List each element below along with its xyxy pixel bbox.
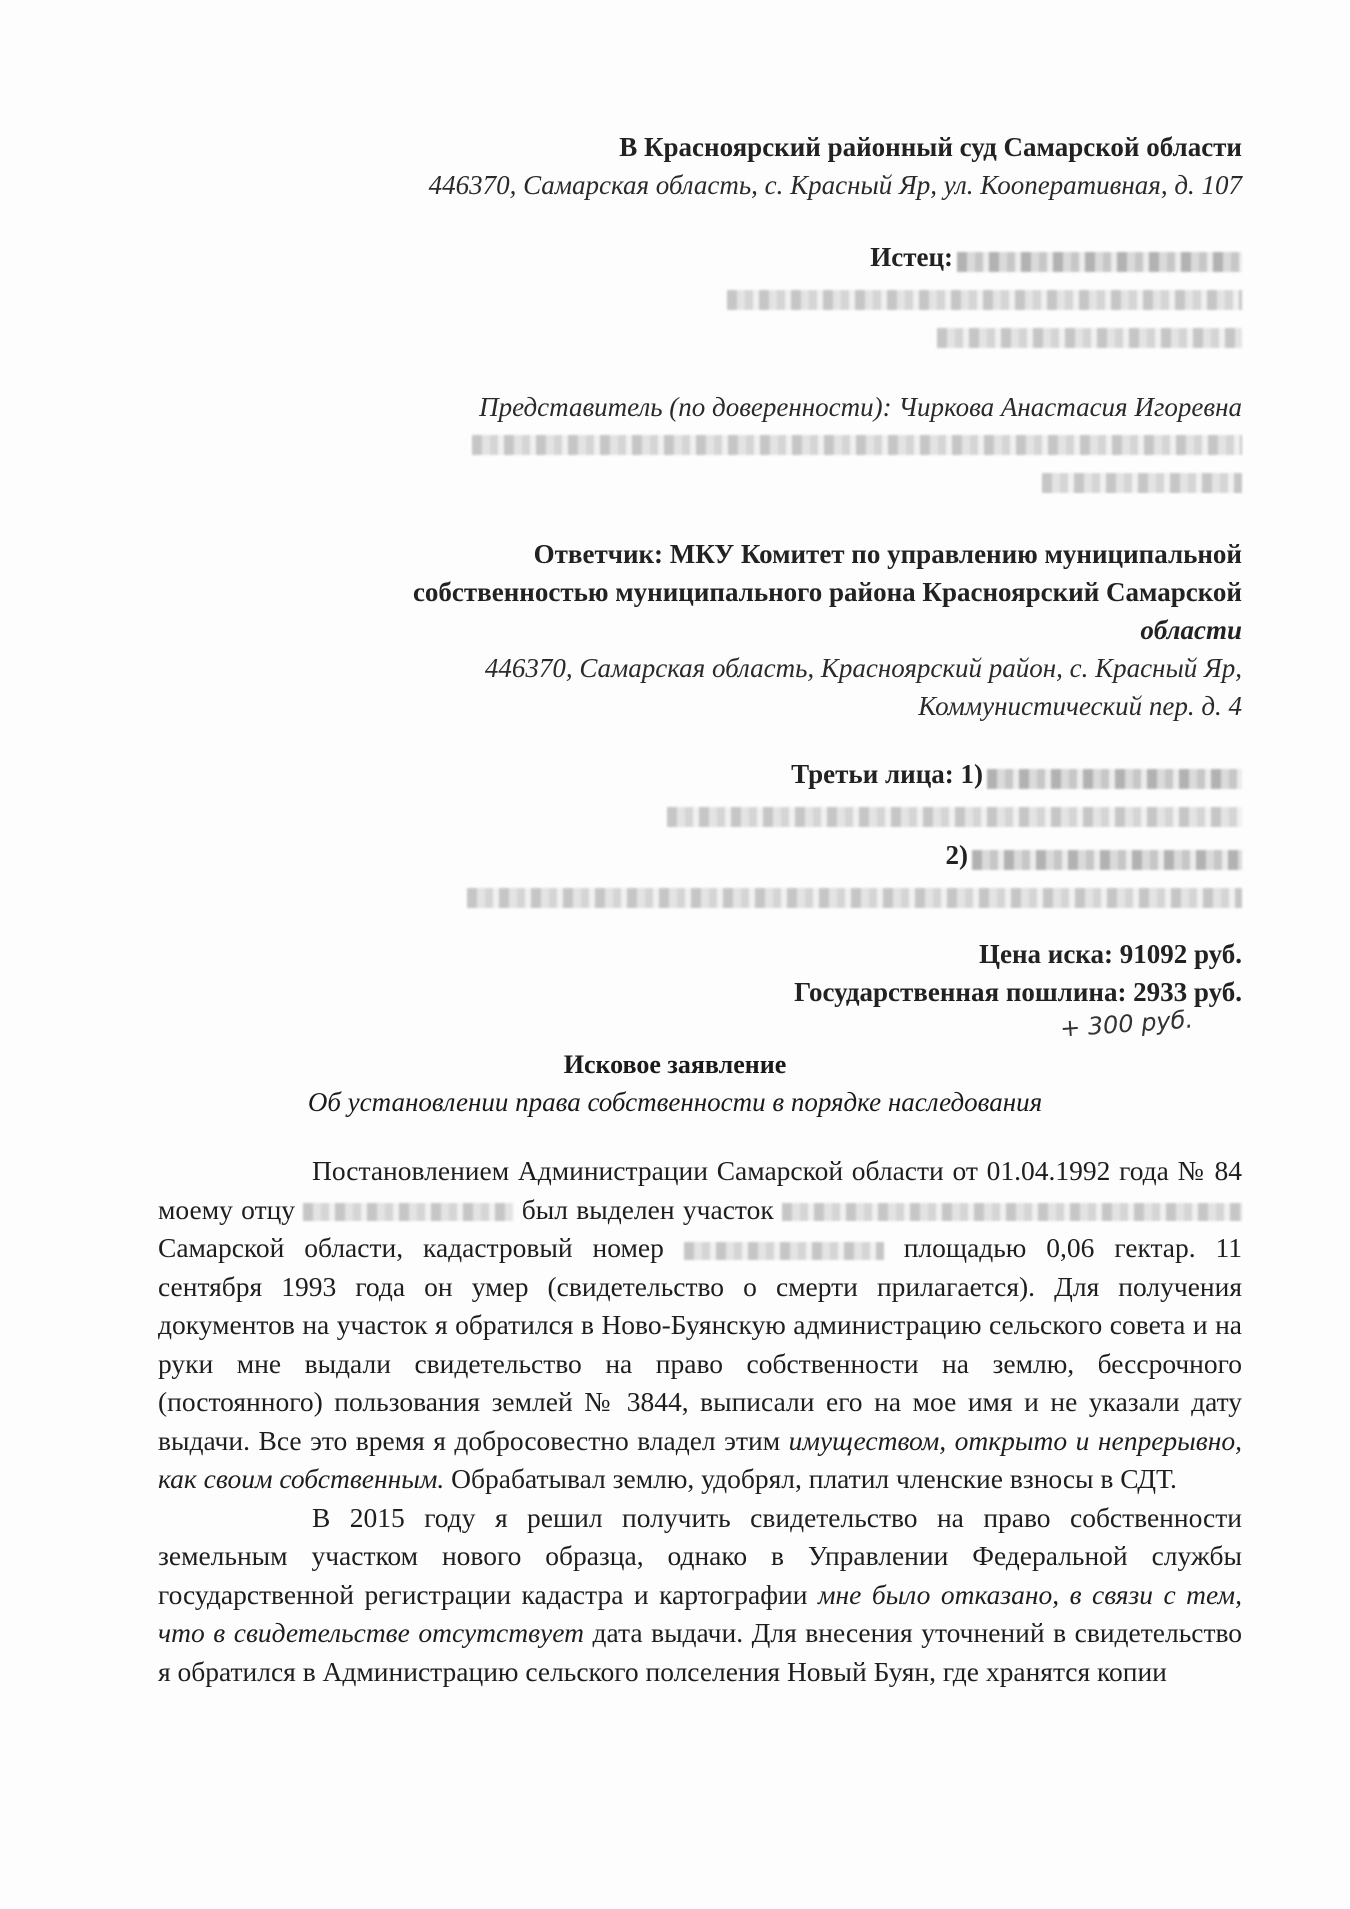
- state-fee: Государственная пошлина: 2933 руб.: [794, 973, 1242, 1011]
- claim-price: Цена иска: 91092 руб.: [794, 935, 1242, 973]
- paragraph-1: Постановлением Администрации Самарской о…: [158, 1152, 1242, 1499]
- plaintiff-line: Истец:: [727, 238, 1242, 281]
- redacted-father-name: [303, 1203, 513, 1221]
- p1-text-6: Обрабатывал землю, удобрял, платил членс…: [451, 1463, 1177, 1494]
- redacted-third-party-1-address: [667, 807, 1242, 827]
- paragraph-2: В 2015 году я решил получить свидетельст…: [158, 1499, 1242, 1692]
- defendant-line-1: Ответчик: МКУ Комитет по управлению муни…: [413, 535, 1242, 573]
- redacted-plaintiff-name: [957, 252, 1242, 272]
- defendant-line-3: области: [413, 611, 1242, 649]
- redacted-plot-location: [782, 1203, 1242, 1221]
- redacted-third-party-1-name: [987, 769, 1242, 789]
- p1-text-4: площадью 0,06 гектар. 11 сентября 1993 г…: [158, 1232, 1242, 1456]
- claim-block: Цена иска: 91092 руб. Государственная по…: [794, 935, 1242, 1011]
- p1-text-2: был выделен участок: [522, 1194, 774, 1225]
- redacted-third-party-2-name: [972, 850, 1242, 870]
- plaintiff-address-line-1: [727, 281, 1242, 319]
- defendant-address-line-1: 446370, Самарская область, Красноярский …: [413, 649, 1242, 687]
- third-parties-label: Третьи лица: 1): [791, 759, 983, 789]
- representative-address-line-2: [472, 464, 1242, 502]
- redacted-plaintiff-address: [937, 328, 1242, 348]
- plaintiff-address-line-2: [727, 319, 1242, 357]
- representative-address-line-1: [472, 426, 1242, 464]
- representative-line: Представитель (по доверенности): Чиркова…: [472, 388, 1242, 426]
- document-subtitle: Об установлении права собственности в по…: [0, 1084, 1350, 1120]
- plaintiff-label: Истец:: [870, 242, 953, 272]
- third-party-2-line: 2): [467, 836, 1242, 879]
- redacted-plaintiff-address: [727, 290, 1242, 310]
- redacted-third-party-2-address: [467, 888, 1242, 908]
- third-party-1-address: [467, 798, 1242, 836]
- third-party-2-address: [467, 879, 1242, 917]
- court-block: В Красноярский районный суд Самарской об…: [429, 128, 1242, 204]
- document-title: Исковое заявление: [0, 1048, 1350, 1082]
- redacted-representative-address: [472, 435, 1242, 455]
- third-party-1-line: Третьи лица: 1): [467, 755, 1242, 798]
- redacted-cadastral-number: [684, 1242, 884, 1260]
- p1-text-3: Самарской области, кадастровый номер: [158, 1232, 664, 1263]
- court-title: В Красноярский районный суд Самарской об…: [429, 128, 1242, 166]
- plaintiff-block: Истец:: [727, 238, 1242, 357]
- document-page: В Красноярский районный суд Самарской об…: [0, 0, 1350, 1909]
- court-address: 446370, Самарская область, с. Красный Яр…: [429, 166, 1242, 204]
- document-body: Постановлением Администрации Самарской о…: [158, 1152, 1242, 1691]
- redacted-representative-phone: [1042, 473, 1242, 493]
- defendant-block: Ответчик: МКУ Комитет по управлению муни…: [413, 535, 1242, 725]
- defendant-address-line-2: Коммунистический пер. д. 4: [413, 687, 1242, 725]
- third-parties-block: Третьи лица: 1) 2): [467, 755, 1242, 917]
- third-party-2-prefix: 2): [946, 840, 969, 870]
- representative-block: Представитель (по доверенности): Чиркова…: [472, 388, 1242, 502]
- defendant-line-2: собственностью муниципального района Кра…: [413, 573, 1242, 611]
